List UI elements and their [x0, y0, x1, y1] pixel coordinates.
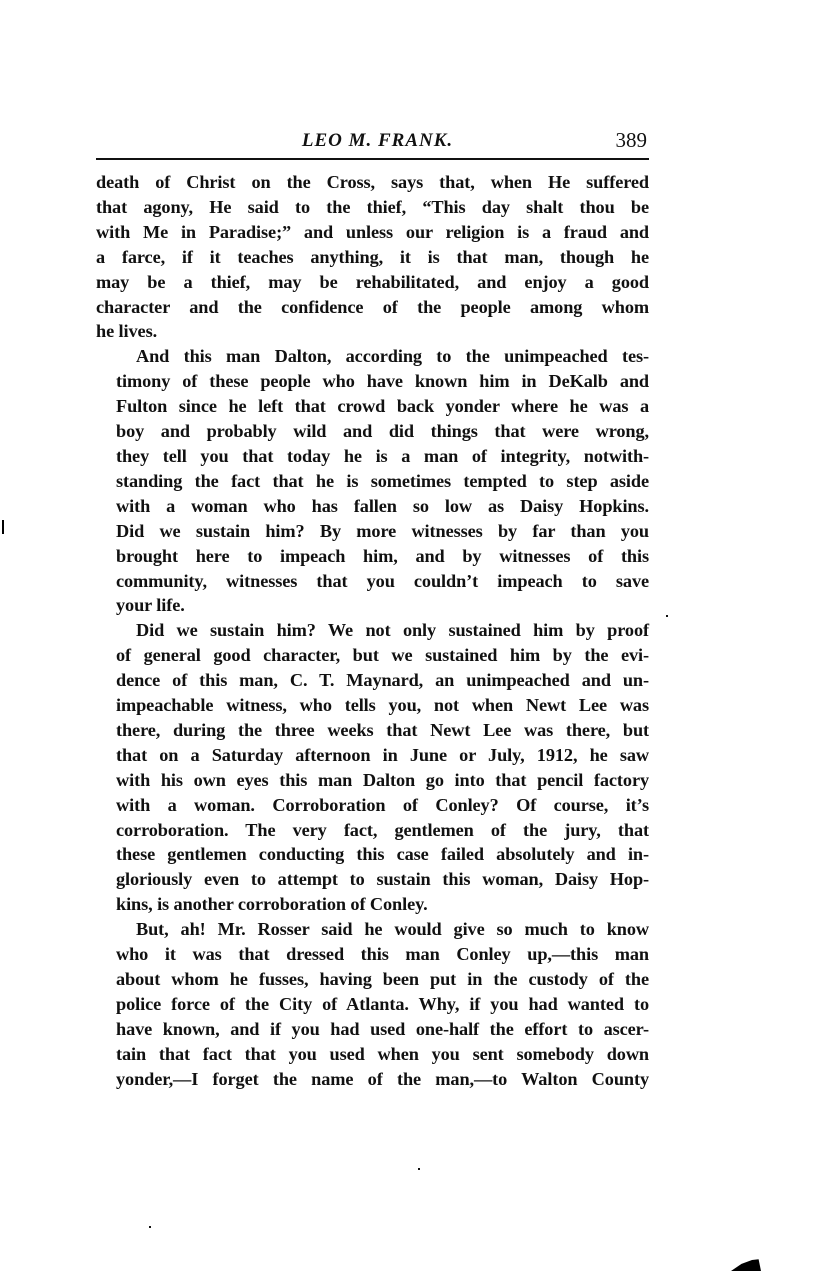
running-title: LEO M. FRANK.: [96, 130, 649, 152]
text-line: have known, and if you had used one-half…: [96, 1017, 649, 1042]
text-line: character and the confidence of the peop…: [96, 295, 649, 320]
text-line: that agony, He said to the thief, “This …: [96, 195, 649, 220]
text-line: police force of the City of Atlanta. Why…: [96, 992, 649, 1017]
paragraph: Did we sustain him? We not only sustaine…: [96, 618, 649, 917]
text-line: your life.: [96, 593, 649, 618]
text-line: timony of these people who have known hi…: [96, 369, 649, 394]
text-line: these gentlemen conducting this case fai…: [96, 842, 649, 867]
page-number: 389: [616, 128, 648, 153]
text-line: community, witnesses that you couldn’t i…: [96, 569, 649, 594]
book-page: LEO M. FRANK. 389 death of Christ on the…: [96, 126, 649, 1092]
scan-speck: [418, 1168, 420, 1170]
text-line: yonder,—I forget the name of the man,—to…: [96, 1067, 649, 1092]
text-line: may be a thief, may be rehabilitated, an…: [96, 270, 649, 295]
text-line: corroboration. The very fact, gentlemen …: [96, 818, 649, 843]
text-line: gloriously even to attempt to sustain th…: [96, 867, 649, 892]
paragraph: death of Christ on the Cross, says that,…: [96, 170, 649, 344]
header-rule: [96, 158, 649, 160]
text-line: standing the fact that he is sometimes t…: [96, 469, 649, 494]
text-line: that on a Saturday afternoon in June or …: [96, 743, 649, 768]
text-line: who it was that dressed this man Conley …: [96, 942, 649, 967]
text-line: with Me in Paradise;” and unless our rel…: [96, 220, 649, 245]
text-line: they tell you that today he is a man of …: [96, 444, 649, 469]
text-line: impeachable witness, who tells you, not …: [96, 693, 649, 718]
text-line: But, ah! Mr. Rosser said he would give s…: [96, 917, 649, 942]
text-line: he lives.: [96, 319, 649, 344]
text-line: brought here to impeach him, and by witn…: [96, 544, 649, 569]
running-head: LEO M. FRANK. 389: [96, 126, 649, 158]
text-line: kins, is another corroboration of Conley…: [96, 892, 649, 917]
text-line: And this man Dalton, according to the un…: [96, 344, 649, 369]
paragraph: And this man Dalton, according to the un…: [96, 344, 649, 618]
body-text: death of Christ on the Cross, says that,…: [96, 170, 649, 1092]
text-line: death of Christ on the Cross, says that,…: [96, 170, 649, 195]
text-line: Did we sustain him? By more witnesses by…: [96, 519, 649, 544]
text-line: boy and probably wild and did things tha…: [96, 419, 649, 444]
text-line: with a woman. Corroboration of Conley? O…: [96, 793, 649, 818]
text-line: with his own eyes this man Dalton go int…: [96, 768, 649, 793]
text-line: Did we sustain him? We not only sustaine…: [96, 618, 649, 643]
text-line: about whom he fusses, having been put in…: [96, 967, 649, 992]
text-line: tain that fact that you used when you se…: [96, 1042, 649, 1067]
text-line: with a woman who has fallen so low as Da…: [96, 494, 649, 519]
scan-margin-mark: [2, 520, 4, 534]
text-line: of general good character, but we sustai…: [96, 643, 649, 668]
text-line: a farce, if it teaches anything, it is t…: [96, 245, 649, 270]
scan-speck: [149, 1226, 151, 1228]
text-line: Fulton since he left that crowd back yon…: [96, 394, 649, 419]
scan-speck: [666, 615, 668, 617]
paragraph: But, ah! Mr. Rosser said he would give s…: [96, 917, 649, 1091]
text-line: there, during the three weeks that Newt …: [96, 718, 649, 743]
text-line: dence of this man, C. T. Maynard, an uni…: [96, 668, 649, 693]
scan-corner-mark: [731, 1258, 761, 1271]
